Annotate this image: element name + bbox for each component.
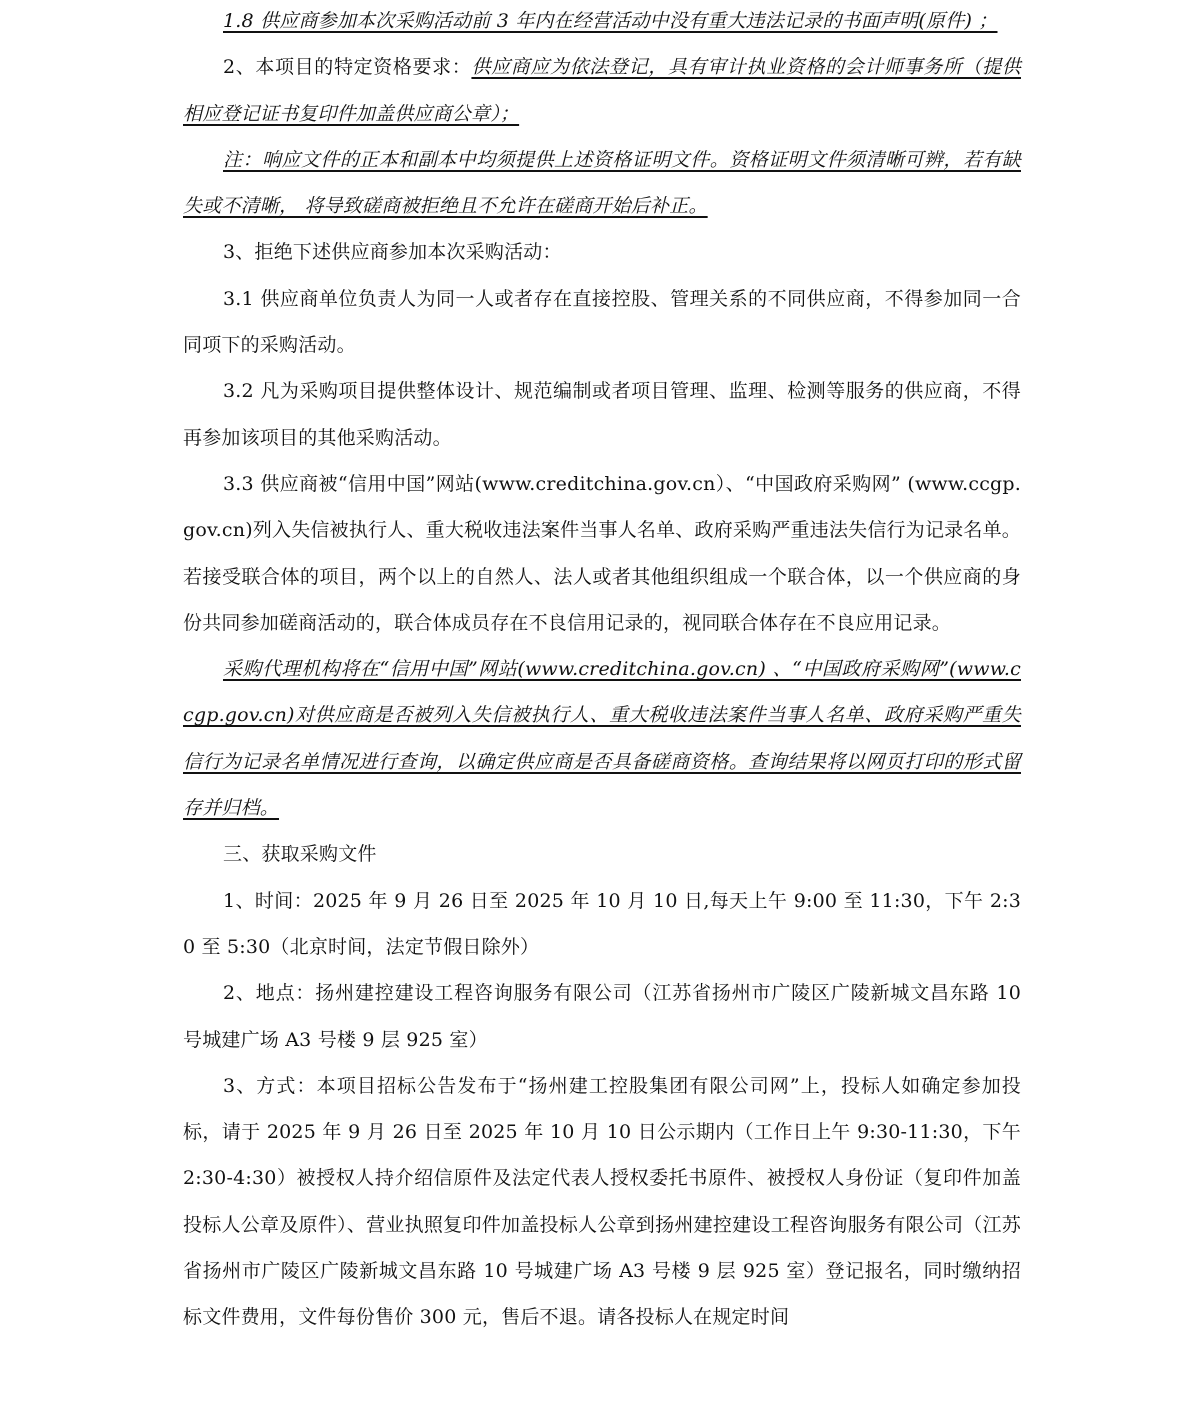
- paragraph-rejection-intro: 3、拒绝下述供应商参加本次采购活动：: [183, 229, 1021, 275]
- agency-query-underlined-text: 采购代理机构将在“信用中国”网站(www.creditchina.gov.cn)…: [183, 658, 1021, 819]
- paragraph-method: 3、方式：本项目招标公告发布于“扬州建工控股集团有限公司网”上，投标人如确定参加…: [183, 1063, 1021, 1341]
- paragraph-3-1: 3.1 供应商单位负责人为同一人或者存在直接控股、管理关系的不同供应商，不得参加…: [183, 276, 1021, 369]
- paragraph-3-3: 3.3 供应商被“信用中国”网站(www.creditchina.gov.cn）…: [183, 461, 1021, 646]
- document-page: 1.8 供应商参加本次采购活动前 3 年内在经营活动中没有重大违法记录的书面声明…: [183, 0, 1021, 1341]
- section-heading-obtain-documents: 三、获取采购文件: [183, 831, 1021, 877]
- paragraph-agency-query: 采购代理机构将在“信用中国”网站(www.creditchina.gov.cn)…: [183, 646, 1021, 831]
- paragraph-note: 注：响应文件的正本和副本中均须提供上述资格证明文件。资格证明文件须清晰可辨，若有…: [183, 137, 1021, 230]
- paragraph-1-8: 1.8 供应商参加本次采购活动前 3 年内在经营活动中没有重大违法记录的书面声明…: [183, 0, 1021, 44]
- paragraph-3-2: 3.2 凡为采购项目提供整体设计、规范编制或者项目管理、监理、检测等服务的供应商…: [183, 368, 1021, 461]
- note-underlined-text: 注：响应文件的正本和副本中均须提供上述资格证明文件。资格证明文件须清晰可辨，若有…: [183, 149, 1021, 217]
- paragraph-specific-qualification: 2、本项目的特定资格要求：供应商应为依法登记，具有审计执业资格的会计师事务所（提…: [183, 44, 1021, 137]
- qualification-lead: 2、本项目的特定资格要求：: [223, 56, 471, 78]
- underlined-requirement-text: 1.8 供应商参加本次采购活动前 3 年内在经营活动中没有重大违法记录的书面声明…: [223, 10, 998, 32]
- paragraph-time: 1、时间：2025 年 9 月 26 日至 2025 年 10 月 10 日,每…: [183, 878, 1021, 971]
- paragraph-location: 2、地点：扬州建控建设工程咨询服务有限公司（江苏省扬州市广陵区广陵新城文昌东路 …: [183, 970, 1021, 1063]
